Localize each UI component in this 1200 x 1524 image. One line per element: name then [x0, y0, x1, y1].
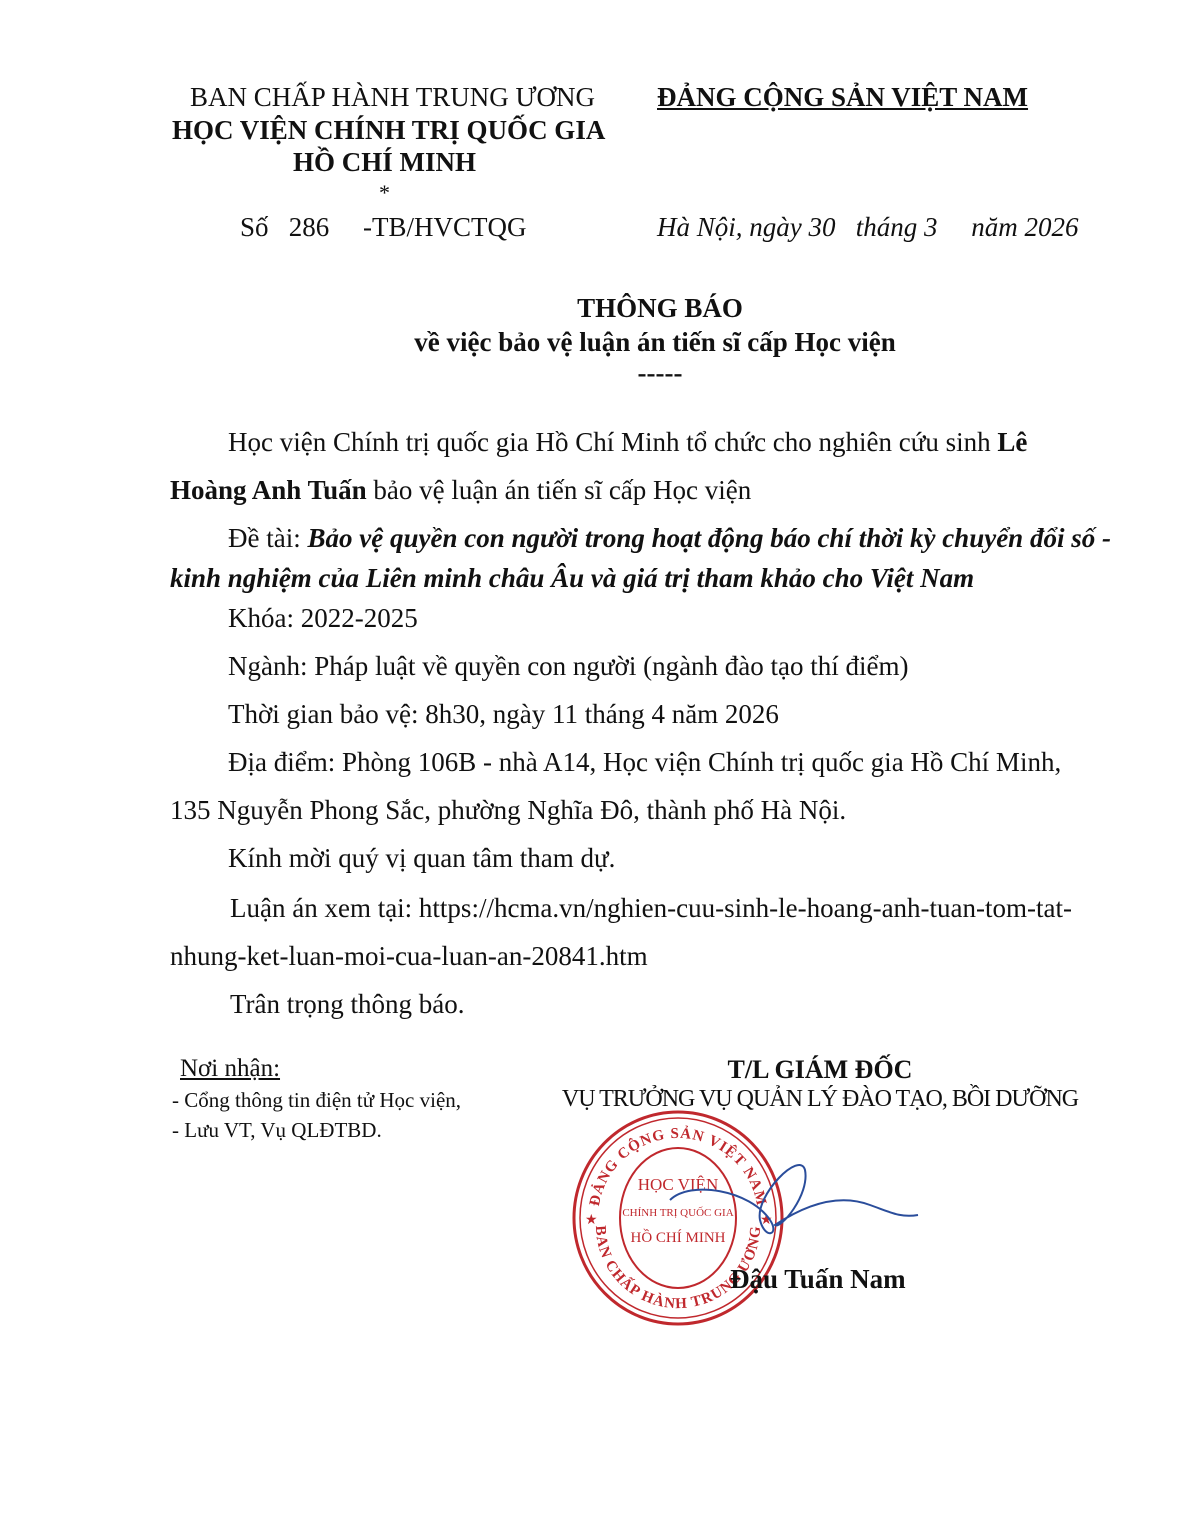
location-line2: 135 Nguyễn Phong Sắc, phường Nghĩa Đô, t… [170, 795, 846, 826]
topic-line1: Đề tài: Bảo vệ quyền con người trong hoạ… [228, 523, 1111, 554]
header-org-line3: HỒ CHÍ MINH [172, 147, 597, 178]
handwritten-signature-icon [600, 1140, 930, 1270]
place-day: Hà Nội, ngày 30 [657, 212, 836, 242]
header-org-line2: HỌC VIỆN CHÍNH TRỊ QUỐC GIA [172, 115, 597, 146]
thesis-link-line2[interactable]: nhung-ket-luan-moi-cua-luan-an-20841.htm [170, 941, 648, 972]
course: Khóa: 2022-2025 [228, 603, 418, 634]
signer-name: Đậu Tuấn Nam [730, 1264, 906, 1295]
title-separator: ----- [0, 358, 1200, 389]
header-star: * [172, 180, 597, 206]
location-line1: Địa điểm: Phòng 106B - nhà A14, Học viện… [228, 747, 1061, 778]
intro-line1: Học viện Chính trị quốc gia Hồ Chí Minh … [228, 427, 1027, 458]
intro-text: Học viện Chính trị quốc gia Hồ Chí Minh … [228, 427, 991, 457]
document-number: Số 286 -TB/HVCTQG [240, 212, 527, 243]
doc-number-prefix: Số [240, 212, 269, 242]
topic-title-part2: kinh nghiệm của Liên minh châu Âu và giá… [170, 563, 974, 594]
date-month: tháng 3 [856, 212, 938, 242]
thesis-link-line1[interactable]: Luận án xem tại: https://hcma.vn/nghien-… [230, 893, 1072, 924]
doc-code: -TB/HVCTQG [363, 212, 527, 242]
header-org-line1: BAN CHẤP HÀNH TRUNG ƯƠNG [180, 82, 605, 113]
place-date: Hà Nội, ngày 30 tháng 3 năm 2026 [657, 212, 1079, 243]
date-year: năm 2026 [971, 212, 1078, 242]
closing: Trân trọng thông báo. [230, 989, 465, 1020]
topic-label: Đề tài: [228, 523, 307, 553]
signature-role1: T/L GIÁM ĐỐC [540, 1055, 1100, 1085]
candidate-name-part2: Hoàng Anh Tuấn [170, 475, 367, 505]
intro-line2: Hoàng Anh Tuấn bảo vệ luận án tiến sĩ cấ… [170, 475, 751, 506]
defense-time: Thời gian bảo vệ: 8h30, ngày 11 tháng 4 … [228, 699, 779, 730]
topic-title-part1: Bảo vệ quyền con người trong hoạt động b… [307, 523, 1110, 553]
recipient-item: - Lưu VT, Vụ QLĐTBD. [172, 1118, 382, 1143]
notice-title: THÔNG BÁO [0, 293, 1200, 324]
intro-rest: bảo vệ luận án tiến sĩ cấp Học viện [367, 475, 752, 505]
notice-subtitle: về việc bảo vệ luận án tiến sĩ cấp Học v… [0, 327, 1200, 358]
recipients-label: Nơi nhận: [180, 1055, 280, 1083]
recipient-item: - Cổng thông tin điện tử Học viện, [172, 1088, 461, 1113]
svg-text:★: ★ [585, 1213, 598, 1228]
doc-number: 286 [289, 212, 330, 242]
major: Ngành: Pháp luật về quyền con người (ngà… [228, 651, 909, 682]
invitation: Kính mời quý vị quan tâm tham dự. [228, 843, 615, 874]
party-heading: ĐẢNG CỘNG SẢN VIỆT NAM [657, 82, 1028, 113]
candidate-name-part1: Lê [997, 427, 1027, 457]
